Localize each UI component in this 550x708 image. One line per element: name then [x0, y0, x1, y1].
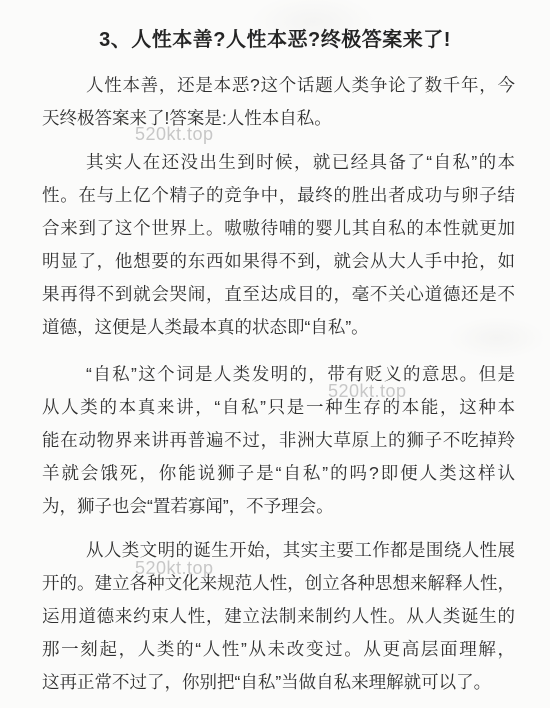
text-line: 这再正常不过了，你别把“自私”当做自私来理解就可以了。 [42, 666, 515, 699]
document-body: 人性本善，还是本恶?这个话题人类争论了数千年，今天终极答案来了!答案是:人性本自… [0, 69, 550, 699]
text-line: 其实人在还没出生到时候，就已经具备了“自私”的本 [42, 146, 515, 179]
text-line: 能在动物界来讲再普遍不过，非洲大草原上的狮子不吃掉羚 [42, 424, 515, 457]
text-line: 从人类的本真来讲，“自私”只是一种生存的本能，这种本 [42, 391, 515, 424]
watermark: 520kt.top [135, 124, 214, 144]
text-line: 天终极答案来了!答案是:人性本自私。 [42, 102, 515, 135]
text-line: 果再得不到就会哭闹，直至达成目的，毫不关心道德还是不 [42, 278, 515, 311]
text-line: 性。在与上亿个精子的竞争中，最终的胜出者成功与卵子结 [42, 179, 515, 212]
text-line: 明显了，他想要的东西如果得不到，就会从大人手中抢，如 [42, 245, 515, 278]
text-line: 为，狮子也会“置若寡闻”，不予理会。 [42, 490, 515, 523]
text-line: 合来到了这个世界上。嗷嗷待哺的婴儿其自私的本性就更加 [42, 212, 515, 245]
text-line: 那一刻起，人类的“人性”从未改变过。从更高层面理解， [42, 633, 515, 666]
document-page: 3、人性本善?人性本恶?终极答案来了! 人性本善，还是本恶?这个话题人类争论了数… [0, 0, 550, 708]
document-title: 3、人性本善?人性本恶?终极答案来了! [42, 0, 508, 57]
text-line: “自私”这个词是人类发明的，带有贬义的意思。但是 [42, 358, 515, 391]
paragraph: 人性本善，还是本恶?这个话题人类争论了数千年，今天终极答案来了!答案是:人性本自… [42, 69, 515, 135]
text-line: 运用道德来约束人性，建立法制来制约人性。从人类诞生的 [42, 600, 515, 633]
watermark: 520kt.top [328, 381, 407, 401]
paragraph: “自私”这个词是人类发明的，带有贬义的意思。但是从人类的本真来讲，“自私”只是一… [42, 358, 515, 523]
paragraph: 从人类文明的诞生开始，其实主要工作都是围绕人性展开的。建立各种文化来规范人性，创… [42, 534, 515, 699]
text-line: 开的。建立各种文化来规范人性，创立各种思想来解释人性， [42, 567, 515, 600]
text-line: 人性本善，还是本恶?这个话题人类争论了数千年，今 [42, 69, 515, 102]
watermark: 520kt.top [135, 558, 214, 578]
text-line: 从人类文明的诞生开始，其实主要工作都是围绕人性展 [42, 534, 515, 567]
text-line: 道德，这便是人类最本真的状态即“自私”。 [42, 311, 515, 344]
paragraph: 其实人在还没出生到时候，就已经具备了“自私”的本性。在与上亿个精子的竞争中，最终… [42, 146, 515, 344]
text-line: 羊就会饿死，你能说狮子是“自私”的吗?即便人类这样认 [42, 457, 515, 490]
